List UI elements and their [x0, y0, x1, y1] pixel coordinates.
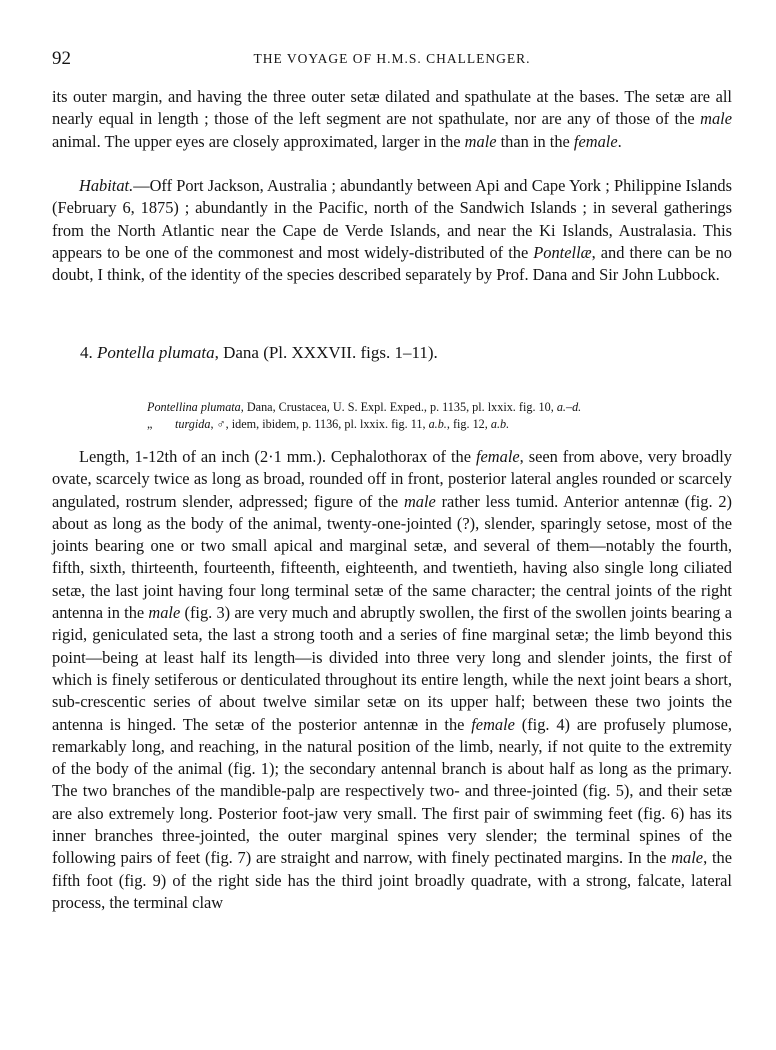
running-title: THE VOYAGE OF H.M.S. CHALLENGER.: [52, 51, 732, 67]
habitat-paragraph: Habitat.—Off Port Jackson, Australia ; a…: [52, 175, 732, 286]
text-run: its outer margin, and having the three o…: [52, 87, 732, 128]
italic-term: Pontellæ: [533, 243, 591, 262]
habitat-label: Habitat.: [79, 176, 133, 195]
italic-term: male: [671, 848, 703, 867]
text-run: Length, 1-12th of an inch (2·1 mm.). Cep…: [79, 447, 476, 466]
italic-term: female: [574, 132, 618, 151]
synonym-name: turgida: [175, 417, 210, 431]
ditto-mark: „: [147, 416, 175, 433]
italic-term: male: [465, 132, 497, 151]
text-run: .: [618, 132, 622, 151]
text-run: than in the: [497, 132, 574, 151]
species-authority: , Dana (Pl. XXXVII. figs. 1–11).: [215, 343, 438, 362]
synonymy-line: Pontellina plumata, Dana, Crustacea, U. …: [147, 399, 581, 416]
synonym-reference: , idem, ibidem, p. 1136, pl. lxxix. fig.…: [226, 417, 429, 431]
synonym-name: Pontellina plumata: [147, 400, 241, 414]
page-header: 92 THE VOYAGE OF H.M.S. CHALLENGER.: [52, 48, 732, 70]
italic-term: male: [700, 109, 732, 128]
text-run: animal. The upper eyes are closely appro…: [52, 132, 465, 151]
italic-term: male: [404, 492, 436, 511]
male-symbol-icon: , ♂: [210, 417, 225, 431]
italic-term: female: [476, 447, 520, 466]
synonym-reference: , Dana, Crustacea, U. S. Expl. Exped., p…: [241, 400, 557, 414]
paragraph-continuation: its outer margin, and having the three o…: [52, 86, 732, 153]
italic-term: female: [471, 715, 515, 734]
synonymy-line: „turgida, ♂, idem, ibidem, p. 1136, pl. …: [147, 416, 581, 433]
figure-letters: a.b.: [491, 417, 509, 431]
figure-letters: a.–d.: [557, 400, 581, 414]
species-heading: 4. Pontella plumata, Dana (Pl. XXXVII. f…: [80, 343, 438, 363]
description-paragraph: Length, 1-12th of an inch (2·1 mm.). Cep…: [52, 446, 732, 914]
species-number: 4.: [80, 343, 93, 362]
species-name: Pontella plumata: [97, 343, 215, 362]
synonym-reference: , fig. 12,: [447, 417, 491, 431]
figure-letters: a.b.: [429, 417, 447, 431]
italic-term: male: [148, 603, 180, 622]
synonymy-block: Pontellina plumata, Dana, Crustacea, U. …: [147, 399, 581, 432]
text-run: (fig. 4) are profusely plumose, remarkab…: [52, 715, 732, 868]
document-page: 92 THE VOYAGE OF H.M.S. CHALLENGER. its …: [0, 0, 776, 1050]
